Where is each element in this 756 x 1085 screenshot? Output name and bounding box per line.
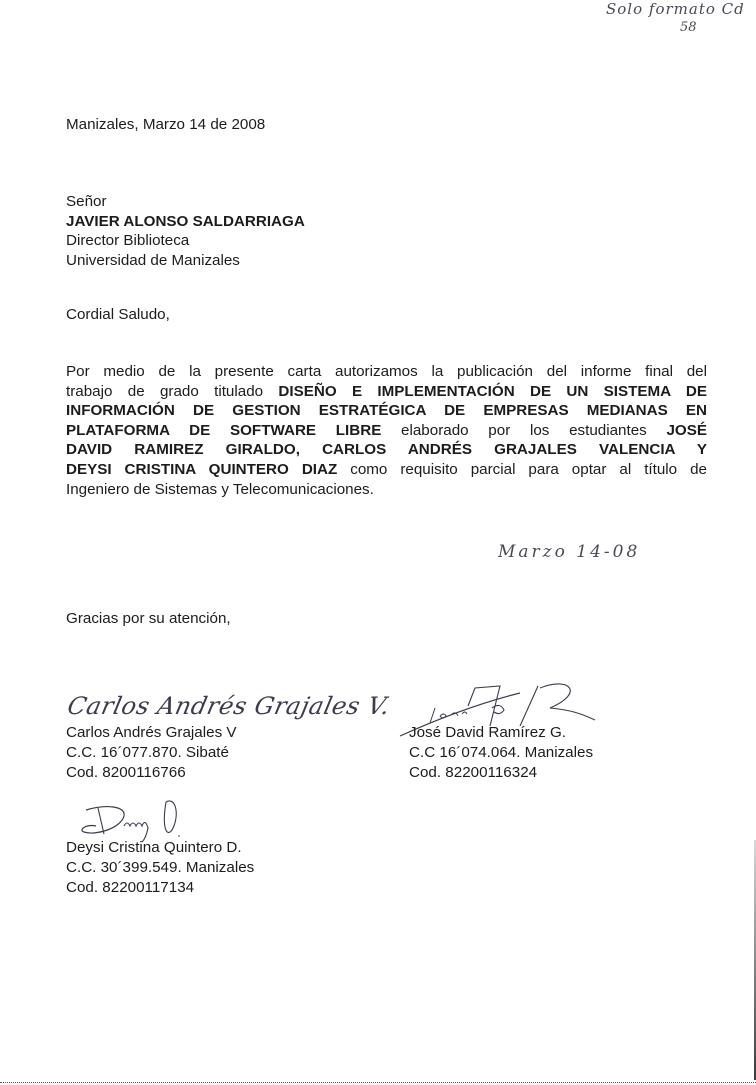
letter-page: Solo formato Cd 58 Manizales, Marzo 14 d… bbox=[0, 0, 756, 1085]
closing: Gracias por su atención, bbox=[66, 609, 231, 628]
signatory-name: José David Ramírez G. bbox=[409, 723, 593, 743]
body-line: trabajo de grado titulado DISEÑO E IMPLE… bbox=[66, 382, 707, 402]
greeting: Cordial Saludo, bbox=[66, 305, 170, 324]
addressee-name: JAVIER ALONSO SALDARRIAGA bbox=[66, 212, 305, 232]
signatory-code: Cod. 8200116766 bbox=[66, 763, 237, 783]
signatory-code: Cod. 82200117134 bbox=[66, 878, 254, 898]
signatory-name: Deysi Cristina Quintero D. bbox=[66, 838, 254, 858]
body-line: DEYSI CRISTINA QUINTERO DIAZ como requis… bbox=[66, 460, 707, 480]
body-line: PLATAFORMA DE SOFTWARE LIBRE elaborado p… bbox=[66, 421, 707, 441]
signatory-jose: José David Ramírez G. C.C 16´074.064. Ma… bbox=[409, 723, 593, 782]
student-name: JOSÉ bbox=[666, 422, 707, 439]
signatory-deysi: Deysi Cristina Quintero D. C.C. 30´399.5… bbox=[66, 838, 254, 897]
body-line: Por medio de la presente carta autorizam… bbox=[66, 362, 707, 382]
thesis-title-start: DISEÑO E IMPLEMENTACIÓN DE UN SISTEMA DE bbox=[278, 383, 707, 400]
handwritten-top-note: Solo formato Cd bbox=[606, 0, 745, 18]
student-names: DAVID RAMIREZ GIRALDO, CARLOS ANDRÉS GRA… bbox=[66, 440, 707, 460]
signatory-id: C.C. 30´399.549. Manizales bbox=[66, 858, 254, 878]
thesis-title-middle: INFORMACIÓN DE GESTION ESTRATÉGICA DE EM… bbox=[66, 401, 707, 421]
signatory-id: C.C. 16´077.870. Sibaté bbox=[66, 743, 237, 763]
handwritten-page-number: 58 bbox=[680, 20, 697, 35]
signatory-name: Carlos Andrés Grajales V bbox=[66, 723, 237, 743]
signatory-code: Cod. 82200116324 bbox=[409, 763, 593, 783]
thesis-title-end: PLATAFORMA DE SOFTWARE LIBRE bbox=[66, 422, 381, 439]
addressee-block: Señor JAVIER ALONSO SALDARRIAGA Director… bbox=[66, 192, 305, 270]
handwritten-date: Marzo 14-08 bbox=[498, 542, 640, 562]
addressee-salutation: Señor bbox=[66, 192, 305, 212]
signature-carlos: Carlos Andrés Grajales V. bbox=[65, 692, 393, 720]
signatory-carlos: Carlos Andrés Grajales V C.C. 16´077.870… bbox=[66, 723, 237, 782]
signatory-id: C.C 16´074.064. Manizales bbox=[409, 743, 593, 763]
student-name: DEYSI CRISTINA QUINTERO DIAZ bbox=[66, 461, 337, 478]
letter-body: Por medio de la presente carta autorizam… bbox=[66, 362, 707, 499]
scan-edge-bottom bbox=[0, 1081, 756, 1083]
body-line: Ingeniero de Sistemas y Telecomunicacion… bbox=[66, 480, 707, 500]
letter-date: Manizales, Marzo 14 de 2008 bbox=[66, 115, 265, 134]
addressee-institution: Universidad de Manizales bbox=[66, 251, 305, 271]
addressee-position: Director Biblioteca bbox=[66, 231, 305, 251]
